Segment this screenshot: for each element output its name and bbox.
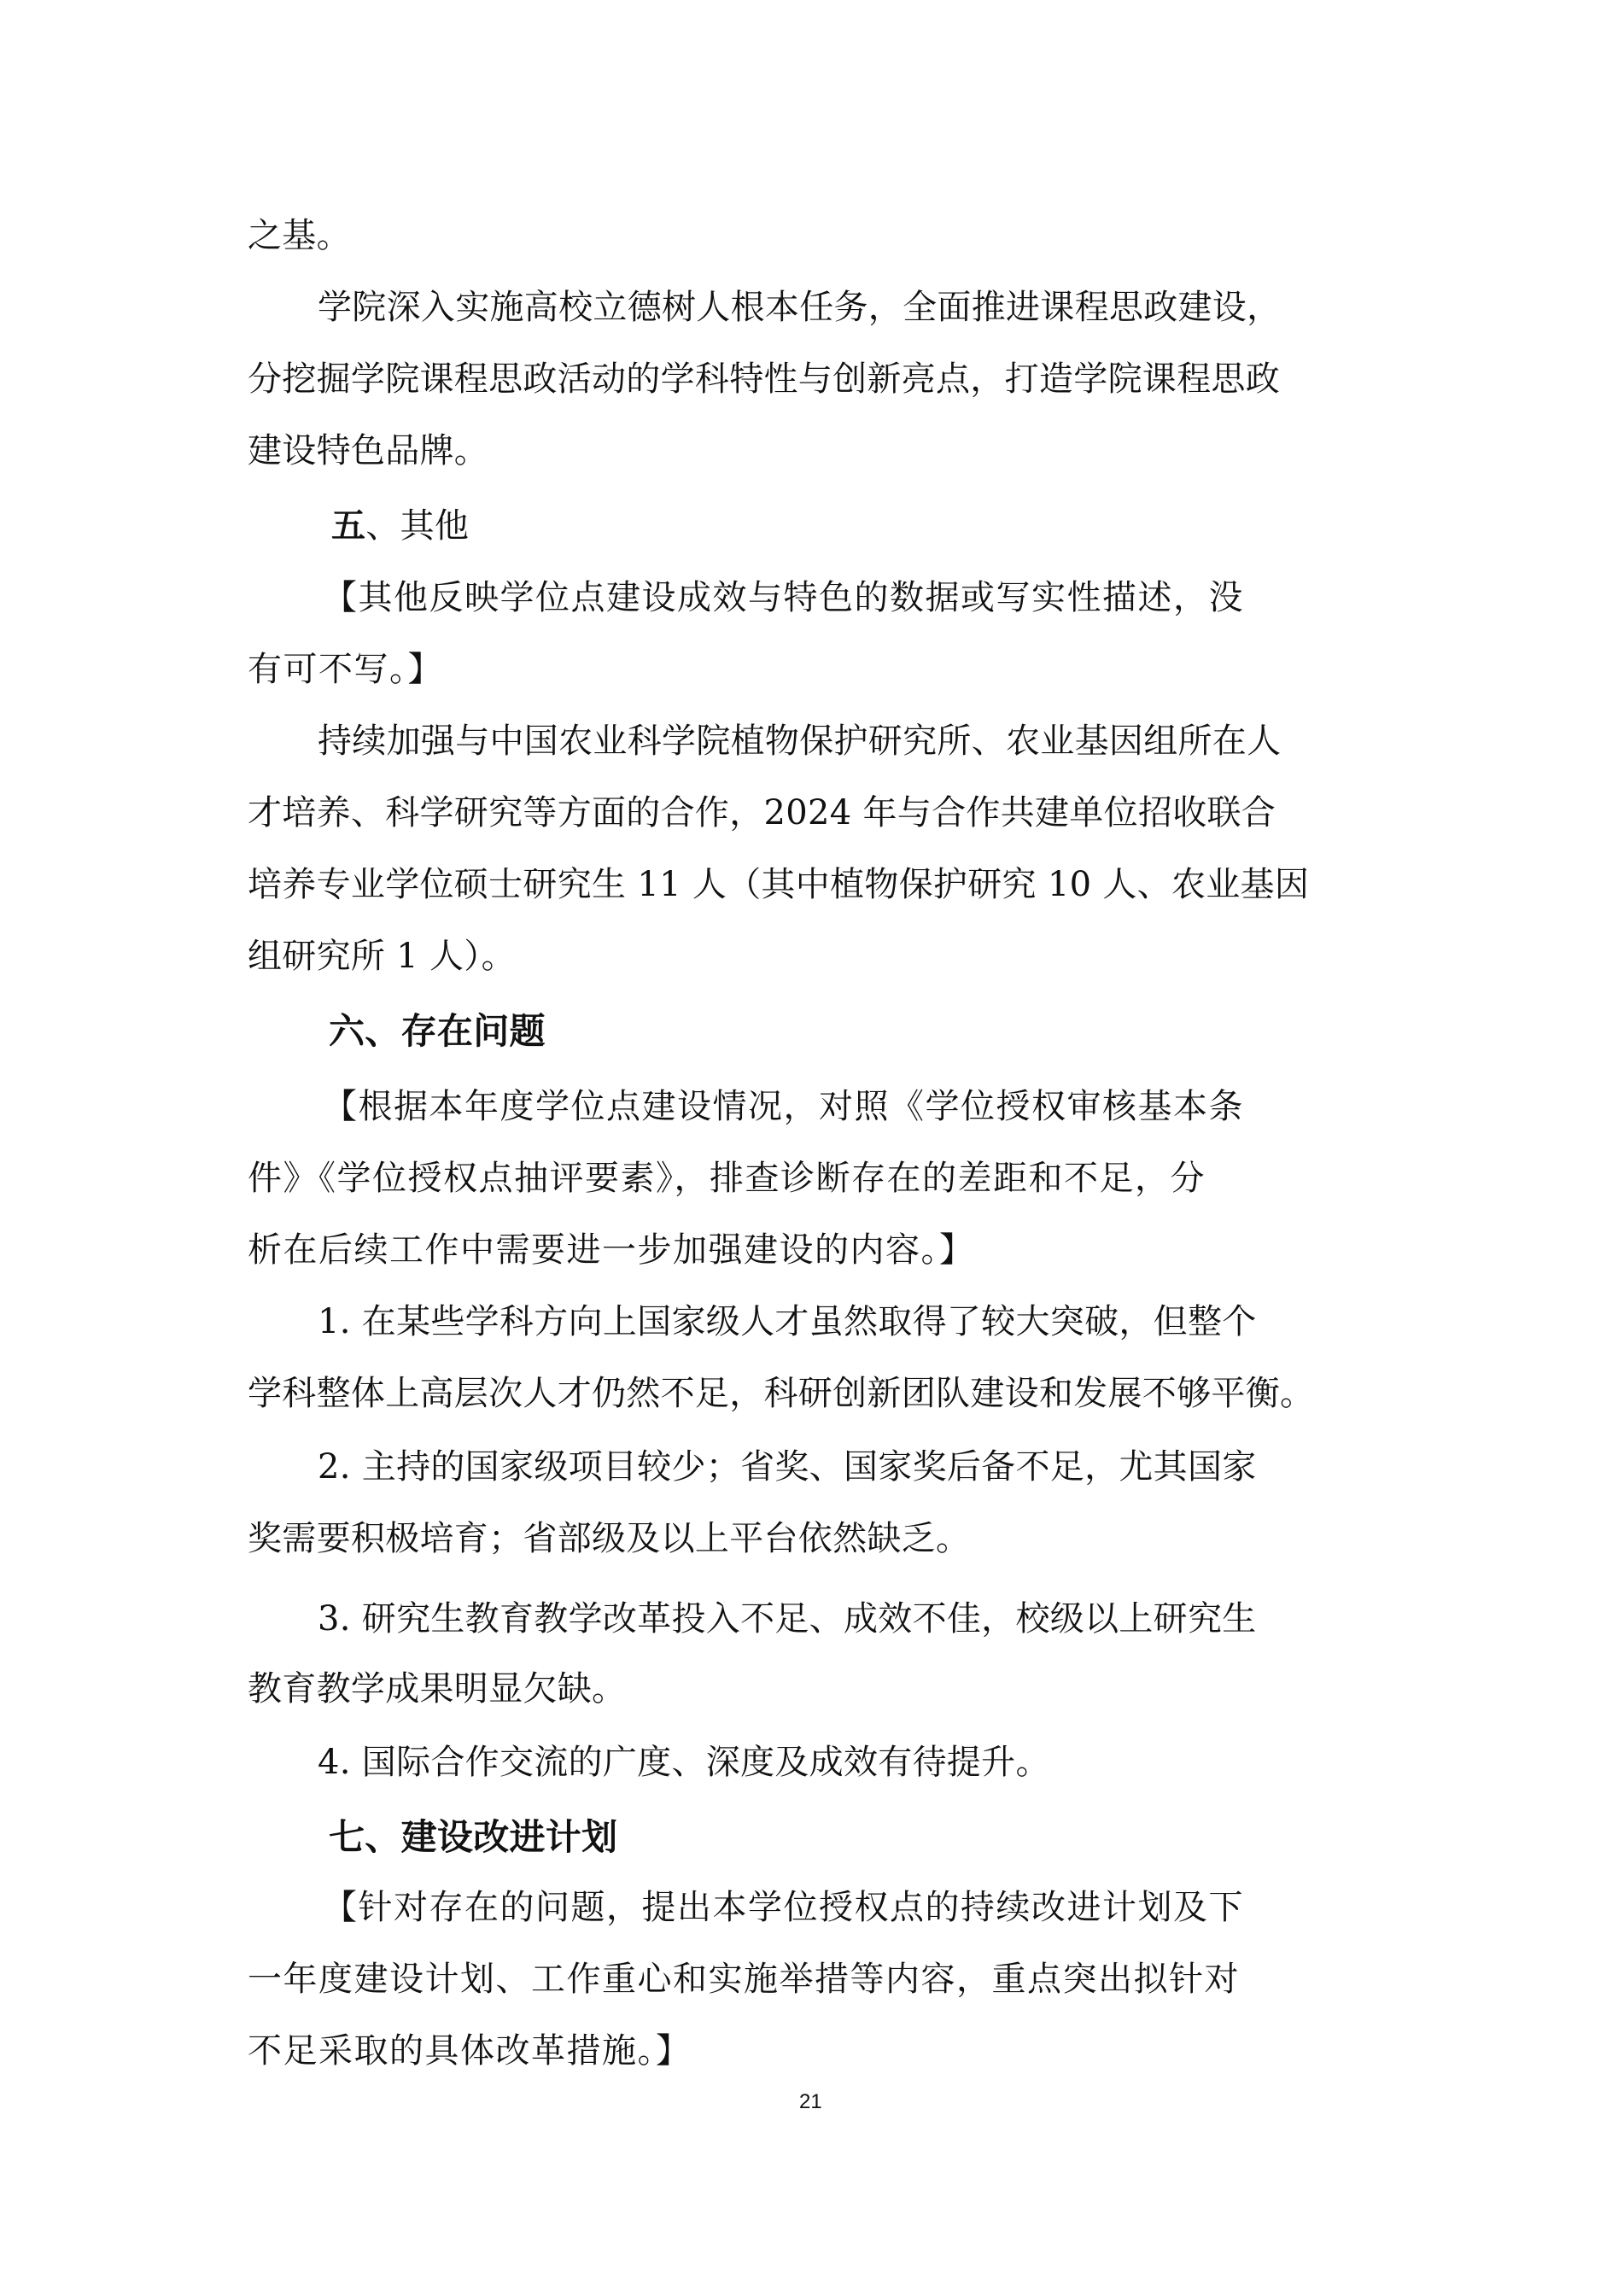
instruction-line: 件》《学位授权点抽评要素》，排查诊断存在的差距和不足，分 <box>248 1160 1392 1197</box>
page-number: 21 <box>799 2090 822 2114</box>
section-heading-5: 五、其他 <box>331 507 1475 545</box>
heading-title: 其他 <box>400 506 470 546</box>
heading-number: 五 <box>331 506 365 546</box>
paragraph-line: 持续加强与中国农业科学院植物保护研究所、农业基因组所在人 <box>318 722 1462 760</box>
document-page: 之基。 学院深入实施高校立德树人根本任务，全面推进课程思政建设， 分挖掘学院课程… <box>0 0 1624 2296</box>
instruction-line: 有可不写。】 <box>248 651 1392 688</box>
paragraph-line: 才培养、科学研究等方面的合作，2024 年与合作共建单位招收联合 <box>248 794 1392 832</box>
list-item-line: 3. 研究生教育教学改革投入不足、成效不佳，校级以上研究生 <box>318 1600 1462 1638</box>
paragraph-line: 培养专业学位硕士研究生 11 人（其中植物保护研究 10 人、农业基因 <box>248 866 1392 903</box>
list-item-line: 4. 国际合作交流的广度、深度及成效有待提升。 <box>318 1744 1462 1781</box>
list-item-line: 奖需要积极培育；省部级及以上平台依然缺乏。 <box>248 1520 1392 1557</box>
list-item-line: 学科整体上高层次人才仍然不足，科研创新团队建设和发展不够平衡。 <box>248 1375 1392 1412</box>
section-heading-6: 六、存在问题 <box>329 1013 1473 1050</box>
list-item-line: 教育教学成果明显欠缺。 <box>248 1670 1392 1708</box>
paragraph-line: 学院深入实施高校立德树人根本任务，全面推进课程思政建设， <box>318 289 1462 326</box>
paragraph-line: 分挖掘学院课程思政活动的学科特性与创新亮点，打造学院课程思政 <box>248 360 1392 398</box>
instruction-line: 一年度建设计划、工作重心和实施举措等内容，重点突出拟针对 <box>248 1960 1392 1998</box>
heading-separator: 、 <box>365 506 400 546</box>
instruction-line: 【针对存在的问题，提出本学位授权点的持续改进计划及下 <box>323 1889 1467 1926</box>
paragraph-line: 之基。 <box>248 217 1392 254</box>
section-heading-7: 七、建设改进计划 <box>329 1819 1473 1856</box>
paragraph-line: 建设特色品牌。 <box>248 432 1392 470</box>
paragraph-line: 组研究所 1 人）。 <box>248 938 1392 975</box>
list-item-line: 2. 主持的国家级项目较少；省奖、国家奖后备不足，尤其国家 <box>318 1448 1462 1486</box>
instruction-line: 【其他反映学位点建设成效与特色的数据或写实性描述，没 <box>323 579 1467 616</box>
instruction-line: 析在后续工作中需要进一步加强建设的内容。】 <box>248 1231 1392 1269</box>
instruction-line: 不足采取的具体改革措施。】 <box>248 2032 1392 2070</box>
list-item-line: 1. 在某些学科方向上国家级人才虽然取得了较大突破，但整个 <box>318 1303 1462 1341</box>
instruction-line: 【根据本年度学位点建设情况，对照《学位授权审核基本条 <box>323 1088 1467 1125</box>
